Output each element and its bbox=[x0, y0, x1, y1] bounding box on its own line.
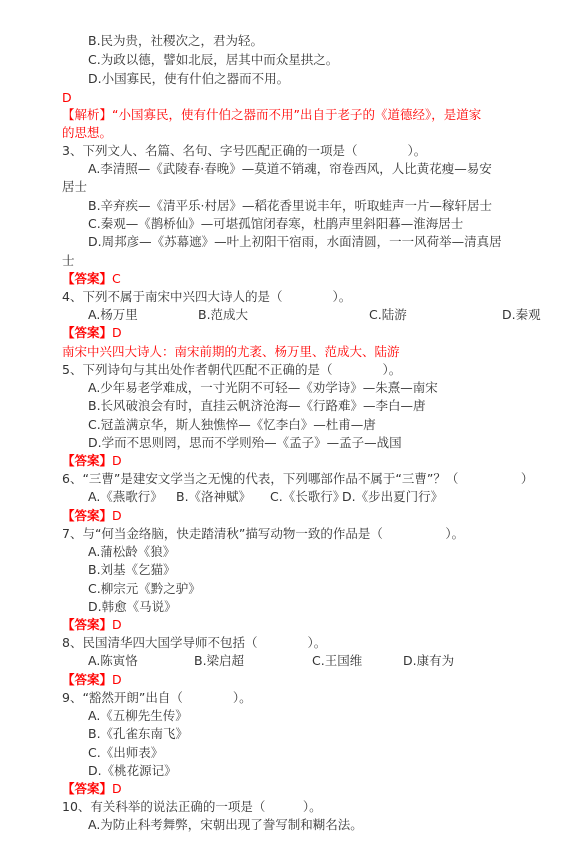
q9-option-a: A.《五柳先生传》 bbox=[88, 707, 188, 725]
q4-option-a: A.杨万里 bbox=[88, 306, 138, 324]
q7-option-b: B.刘基《乞猫》 bbox=[88, 561, 176, 579]
answer-label: 【答案】 bbox=[62, 508, 112, 523]
answer-value: D bbox=[112, 508, 122, 523]
q10-option-a: A.为防止科考舞弊，宋朝出现了誊写制和糊名法。 bbox=[88, 816, 363, 834]
q6-answer: 【答案】D bbox=[62, 507, 122, 525]
q3-option-c: C.秦观—《鹊桥仙》—可堪孤馆闭春寒，杜鹃声里斜阳暮—淮海居士 bbox=[88, 215, 463, 233]
q6-option-b: B.《洛神赋》 bbox=[176, 488, 251, 506]
q10-stem: 10、有关科举的说法正确的一项是（ ）。 bbox=[62, 798, 322, 816]
q9-option-d: D.《桃花源记》 bbox=[88, 762, 177, 780]
q7-option-c: C.柳宗元《黔之驴》 bbox=[88, 580, 201, 598]
q9-option-c: C.《出师表》 bbox=[88, 744, 163, 762]
q8-stem: 8、民国清华四大国学导师不包括（ ）。 bbox=[62, 634, 326, 652]
q2-answer: D bbox=[62, 89, 72, 107]
q6-options: A.《燕歌行》 B.《洛神赋》 C.《长歌行》 D.《步出夏门行》 bbox=[88, 488, 488, 506]
q3-option-b: B.辛弃疾—《清平乐·村居》—稻花香里说丰年，听取蛙声一片—稼轩居士 bbox=[88, 197, 492, 215]
answer-value: D bbox=[112, 617, 122, 632]
q4-option-c: C.陆游 bbox=[369, 306, 407, 324]
q3-option-a-line2: 居士 bbox=[62, 178, 87, 196]
q7-answer: 【答案】D bbox=[62, 616, 122, 634]
q6-option-d: D.《步出夏门行》 bbox=[342, 488, 443, 506]
q8-answer: 【答案】D bbox=[62, 671, 122, 689]
answer-label: 【答案】 bbox=[62, 453, 112, 468]
q9-answer: 【答案】D bbox=[62, 780, 122, 798]
answer-value: D bbox=[112, 453, 122, 468]
q7-option-d: D.韩愈《马说》 bbox=[88, 598, 177, 616]
q3-stem: 3、下列文人、名篇、名句、字号匹配正确的一项是（ ）。 bbox=[62, 142, 426, 160]
answer-value: D bbox=[112, 672, 122, 687]
q2-analysis-line1: 【解析】“小国寡民，使有什伯之器而不用”出自于老子的《道德经》，是道家 bbox=[62, 106, 481, 124]
q8-option-a: A.陈寅恪 bbox=[88, 652, 138, 670]
q3-answer: 【答案】C bbox=[62, 270, 121, 288]
q8-option-c: C.王国维 bbox=[312, 652, 362, 670]
q4-answer: 【答案】D bbox=[62, 324, 122, 342]
q7-option-a: A.蒲松龄《狼》 bbox=[88, 543, 175, 561]
q5-stem: 5、下列诗句与其出处作者朝代匹配不正确的是（ ）。 bbox=[62, 361, 401, 379]
answer-value: C bbox=[112, 271, 121, 286]
q5-option-d: D.学而不思则罔，思而不学则殆—《孟子》—孟子—战国 bbox=[88, 434, 402, 452]
answer-value: D bbox=[112, 325, 122, 340]
q9-stem: 9、“豁然开朗”出自（ ）。 bbox=[62, 689, 252, 707]
q2-option-c: C.为政以德，譬如北辰，居其中而众星拱之。 bbox=[88, 51, 338, 69]
answer-label: 【答案】 bbox=[62, 271, 112, 286]
q2-option-d: D.小国寡民，使有什伯之器而不用。 bbox=[88, 70, 289, 88]
q5-option-b: B.长风破浪会有时，直挂云帆济沧海—《行路难》—李白—唐 bbox=[88, 397, 426, 415]
q2-analysis-line2: 的思想。 bbox=[62, 124, 112, 142]
q3-option-d-line2: 士 bbox=[62, 252, 75, 270]
answer-label: 【答案】 bbox=[62, 325, 112, 340]
q7-stem: 7、与“何当金络脑，快走踏清秋”描写动物一致的作品是（ ）。 bbox=[62, 525, 464, 543]
answer-label: 【答案】 bbox=[62, 672, 112, 687]
q6-stem: 6、“三曹”是建安文学当之无愧的代表，下列哪部作品不属于“三曹”？（ ） bbox=[62, 470, 533, 488]
q4-option-b: B.范成大 bbox=[198, 306, 248, 324]
q4-stem: 4、下列不属于南宋中兴四大诗人的是（ ）。 bbox=[62, 288, 351, 306]
q4-option-d: D.秦观 bbox=[502, 306, 541, 324]
q8-option-d: D.康有为 bbox=[403, 652, 454, 670]
answer-label: 【答案】 bbox=[62, 781, 112, 796]
q5-option-a: A.少年易老学难成，一寸光阴不可轻—《劝学诗》—朱熹—南宋 bbox=[88, 379, 438, 397]
q6-option-a: A.《燕歌行》 bbox=[88, 488, 163, 506]
q4-options: A.杨万里 B.范成大 C.陆游 D.秦观 bbox=[88, 306, 548, 324]
q5-option-c: C.冠盖满京华，斯人独憔悴—《忆李白》—杜甫—唐 bbox=[88, 416, 376, 434]
q9-option-b: B.《孔雀东南飞》 bbox=[88, 725, 188, 743]
q3-option-a-line1: A.李清照—《武陵春·春晚》—莫道不销魂，帘卷西风，人比黄花瘦—易安 bbox=[88, 160, 492, 178]
answer-value: D bbox=[112, 781, 122, 796]
q6-option-c: C.《长歌行》 bbox=[270, 488, 345, 506]
q4-note: 南宋中兴四大诗人：南宋前期的尤袤、杨万里、范成大、陆游 bbox=[62, 343, 400, 361]
q5-answer: 【答案】D bbox=[62, 452, 122, 470]
answer-label: 【答案】 bbox=[62, 617, 112, 632]
q3-option-d-line1: D.周邦彦—《苏幕遮》—叶上初阳干宿雨，水面清圆，一一风荷举—清真居 bbox=[88, 233, 502, 251]
q8-option-b: B.梁启超 bbox=[194, 652, 244, 670]
q8-options: A.陈寅恪 B.梁启超 C.王国维 D.康有为 bbox=[88, 652, 488, 670]
q2-option-b: B.民为贵，社稷次之，君为轻。 bbox=[88, 32, 263, 50]
